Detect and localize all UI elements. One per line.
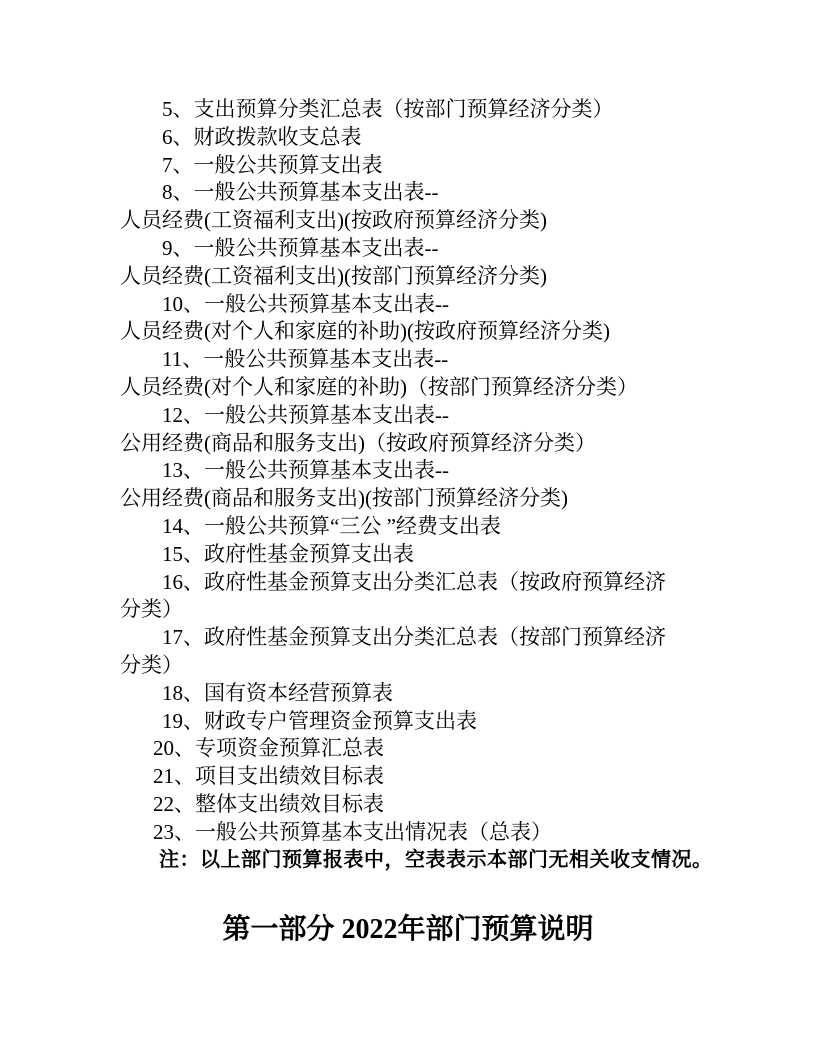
report-list-line: 人员经费(工资福利支出)(按政府预算经济分类) [120, 207, 700, 235]
report-list-line: 21、项目支出绩效目标表 [120, 763, 700, 791]
report-list-line: 10、一般公共预算基本支出表-- [120, 291, 700, 319]
report-list-line: 分类） [120, 652, 700, 680]
report-list-line: 人员经费(对个人和家庭的补助)(按政府预算经济分类) [120, 318, 700, 346]
report-list-line: 15、政府性基金预算支出表 [120, 541, 700, 569]
report-list-line: 23、一般公共预算基本支出情况表（总表） [120, 819, 700, 847]
report-list-line: 7、一般公共预算支出表 [120, 152, 700, 180]
section-heading: 第一部分 2022年部门预算说明 [0, 910, 816, 950]
report-list-line: 5、支出预算分类汇总表（按部门预算经济分类） [120, 96, 700, 124]
document-page: 5、支出预算分类汇总表（按部门预算经济分类）6、财政拨款收支总表7、一般公共预算… [0, 0, 816, 1056]
report-list-line: 16、政府性基金预算支出分类汇总表（按政府预算经济 [120, 569, 700, 597]
report-list-line: 20、专项资金预算汇总表 [120, 735, 700, 763]
report-list-line: 22、整体支出绩效目标表 [120, 791, 700, 819]
report-list-line: 公用经费(商品和服务支出)（按政府预算经济分类） [120, 430, 700, 458]
report-list-line: 12、一般公共预算基本支出表-- [120, 402, 700, 430]
note-line: 注：以上部门预算报表中，空表表示本部门无相关收支情况。 [120, 847, 700, 875]
report-list-line: 公用经费(商品和服务支出)(按部门预算经济分类) [120, 485, 700, 513]
report-list-line: 19、财政专户管理资金预算支出表 [120, 708, 700, 736]
report-list-line: 6、财政拨款收支总表 [120, 124, 700, 152]
report-list-line: 人员经费(工资福利支出)(按部门预算经济分类) [120, 263, 700, 291]
report-list-line: 18、国有资本经营预算表 [120, 680, 700, 708]
report-list-line: 9、一般公共预算基本支出表-- [120, 235, 700, 263]
report-list-line: 11、一般公共预算基本支出表-- [120, 346, 700, 374]
budget-report-list: 5、支出预算分类汇总表（按部门预算经济分类）6、财政拨款收支总表7、一般公共预算… [120, 96, 700, 874]
report-list-line: 17、政府性基金预算支出分类汇总表（按部门预算经济 [120, 624, 700, 652]
report-list-line: 人员经费(对个人和家庭的补助)（按部门预算经济分类） [120, 374, 700, 402]
report-list-line: 14、一般公共预算“三公 ”经费支出表 [120, 513, 700, 541]
report-list-line: 分类） [120, 596, 700, 624]
report-list-line: 13、一般公共预算基本支出表-- [120, 457, 700, 485]
report-list-line: 8、一般公共预算基本支出表-- [120, 179, 700, 207]
